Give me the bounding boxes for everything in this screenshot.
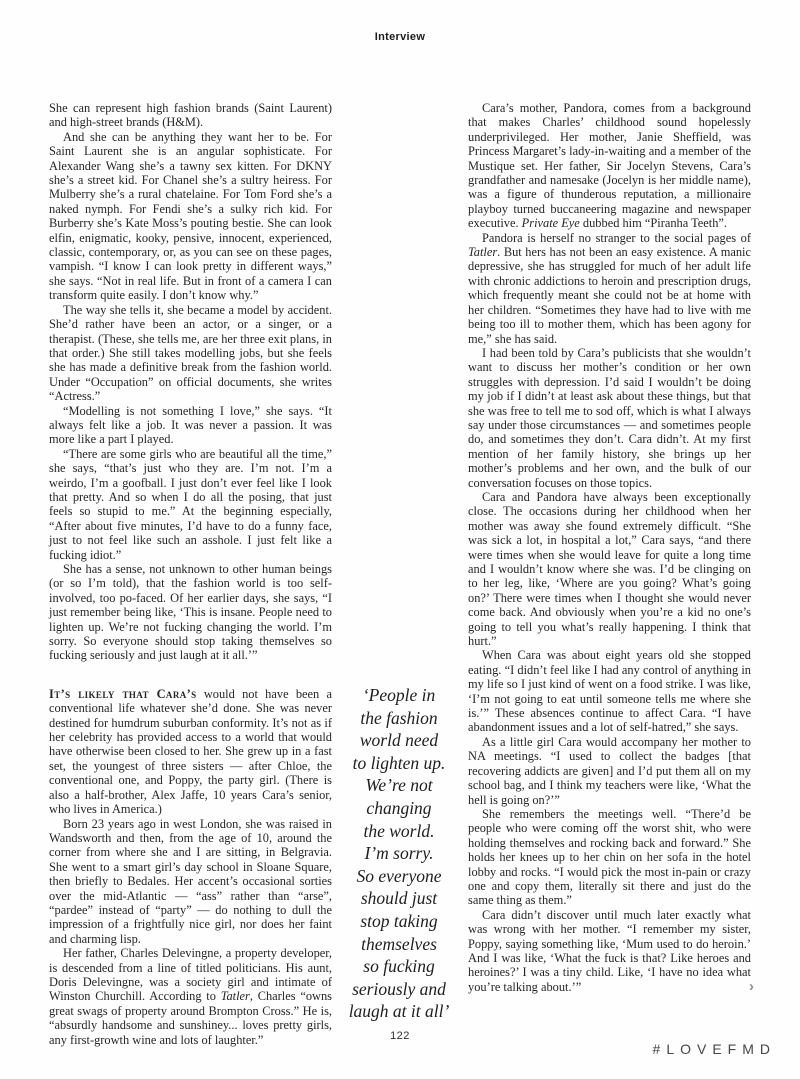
paragraph: “There are some girls who are beautiful … xyxy=(49,447,332,562)
magazine-page: Interview She can represent high fashion… xyxy=(0,0,800,1079)
paragraph: I had been told by Cara’s publicists tha… xyxy=(468,346,751,490)
paragraph: And she can be anything they want her to… xyxy=(49,130,332,303)
continuation-arrow-icon: › xyxy=(749,978,754,995)
paragraph: When Cara was about eight years old she … xyxy=(468,648,751,734)
paragraph: “Modelling is not something I love,” she… xyxy=(49,404,332,447)
left-column: She can represent high fashion brands (S… xyxy=(49,101,332,1047)
paragraph: She remembers the meetings well. “There’… xyxy=(468,807,751,908)
paragraph: She has a sense, not unknown to other hu… xyxy=(49,562,332,663)
paragraph: Born 23 years ago in west London, she wa… xyxy=(49,817,332,947)
paragraph: Cara didn’t discover until much later ex… xyxy=(468,908,751,994)
right-column: Cara’s mother, Pandora, comes from a bac… xyxy=(468,101,751,994)
paragraph: Cara and Pandora have always been except… xyxy=(468,490,751,648)
running-head: Interview xyxy=(0,31,800,43)
paragraph: As a little girl Cara would accompany he… xyxy=(468,735,751,807)
section-lead-in: It’s likely that Cara’s xyxy=(49,687,197,701)
paragraph: She can represent high fashion brands (S… xyxy=(49,101,332,130)
paragraph: Cara’s mother, Pandora, comes from a bac… xyxy=(468,101,751,231)
paragraph: It’s likely that Cara’s would not have b… xyxy=(49,687,332,817)
pull-quote: ‘People inthe fashionworld needto lighte… xyxy=(329,684,469,1023)
paragraph: Pandora is herself no stranger to the so… xyxy=(468,231,751,346)
paragraph: The way she tells it, she became a model… xyxy=(49,303,332,404)
watermark: #LOVEFMD xyxy=(653,1041,776,1057)
